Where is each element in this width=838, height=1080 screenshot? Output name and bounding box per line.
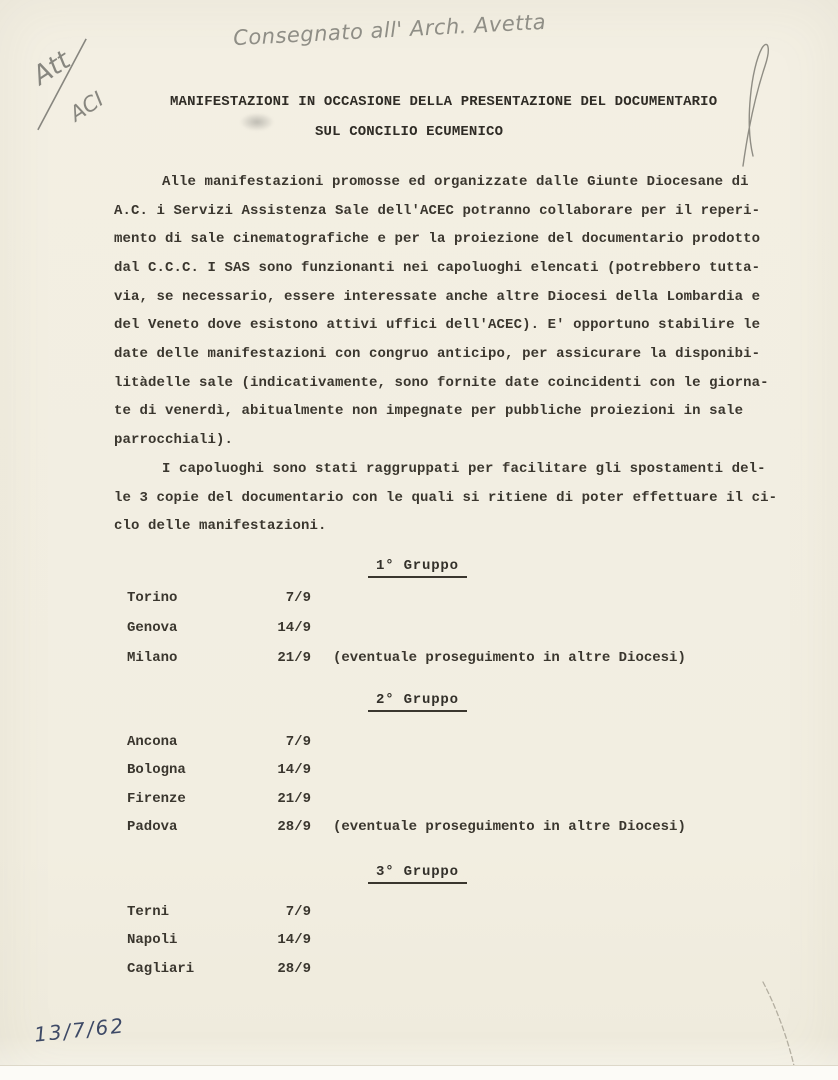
schedule-row: Genova14/9 <box>127 613 686 643</box>
date-value: 7/9 <box>277 898 311 926</box>
city-name: Terni <box>127 898 277 926</box>
schedule-row: Bologna14/9 <box>127 756 686 784</box>
paragraph-line: dal C.C.C. I SAS sono funzionanti nei ca… <box>114 254 794 283</box>
city-name: Bologna <box>127 756 277 784</box>
city-name: Torino <box>127 583 277 613</box>
paragraph-line: I capoluoghi sono stati raggruppati per … <box>114 455 794 484</box>
city-name: Napoli <box>127 926 277 954</box>
group-2-heading: 2° Gruppo <box>368 692 467 712</box>
date-value: 7/9 <box>277 583 311 613</box>
top-left-pencil-annotation: Att ACI <box>14 24 144 139</box>
paragraph-line: A.C. i Servizi Assistenza Sale dell'ACEC… <box>114 197 794 226</box>
schedule-row: Terni7/9 <box>127 898 333 926</box>
date-value: 21/9 <box>277 643 311 673</box>
schedule-row: Torino7/9 <box>127 583 686 613</box>
date-value: 21/9 <box>277 785 311 813</box>
annotation-att-text: Att <box>26 45 77 92</box>
group-3-heading: 3° Gruppo <box>368 864 467 884</box>
paragraph-line: via, se necessario, essere interessate a… <box>114 283 794 312</box>
schedule-row: Milano21/9(eventuale proseguimento in al… <box>127 643 686 673</box>
date-value: 7/9 <box>277 728 311 756</box>
group-1-heading: 1° Gruppo <box>368 558 467 578</box>
schedule-row: Ancona7/9 <box>127 728 686 756</box>
paragraph-line: date delle manifestazioni con congruo an… <box>114 340 794 369</box>
bottom-right-pencil-line <box>745 980 815 1075</box>
schedule-row: Napoli14/9 <box>127 926 333 954</box>
scanned-document-page: Att ACI Consegnato all' Arch. Avetta MAN… <box>0 0 838 1080</box>
city-name: Genova <box>127 613 277 643</box>
document-title-line1: MANIFESTAZIONI IN OCCASIONE DELLA PRESEN… <box>170 94 717 110</box>
group-2-schedule: Ancona7/9 Bologna14/9 Firenze21/9 Padova… <box>127 728 686 842</box>
top-right-pencil-squiggle <box>735 38 795 168</box>
date-value: 28/9 <box>277 813 311 841</box>
paragraph-line: parrocchiali). <box>114 426 794 455</box>
body-paragraph-2: I capoluoghi sono stati raggruppati per … <box>114 455 794 541</box>
paragraph-line: del Veneto dove esistono attivi uffici d… <box>114 311 794 340</box>
note-text: (eventuale proseguimento in altre Dioces… <box>333 650 686 666</box>
date-value: 28/9 <box>277 955 311 983</box>
body-paragraph-1: Alle manifestazioni promosse ed organizz… <box>114 168 794 455</box>
annotation-aci-text: ACI <box>64 87 108 127</box>
top-center-handwritten-note: Consegnato all' Arch. Avetta <box>233 10 547 50</box>
document-title-line2: SUL CONCILIO ECUMENICO <box>315 124 503 140</box>
city-name: Firenze <box>127 785 277 813</box>
bottom-left-handwritten-date: 13/7/62 <box>33 1013 126 1046</box>
date-value: 14/9 <box>277 756 311 784</box>
schedule-row: Padova28/9(eventuale proseguimento in al… <box>127 813 686 841</box>
paragraph-line: le 3 copie del documentario con le quali… <box>114 484 794 513</box>
paragraph-line: te di venerdì, abitualmente non impegnat… <box>114 397 794 426</box>
group-3-schedule: Terni7/9 Napoli14/9 Cagliari28/9 <box>127 898 333 983</box>
note-text: (eventuale proseguimento in altre Dioces… <box>333 819 686 835</box>
date-value: 14/9 <box>277 613 311 643</box>
schedule-row: Cagliari28/9 <box>127 955 333 983</box>
schedule-row: Firenze21/9 <box>127 785 686 813</box>
city-name: Padova <box>127 813 277 841</box>
city-name: Milano <box>127 643 277 673</box>
group-1-schedule: Torino7/9 Genova14/9 Milano21/9(eventual… <box>127 583 686 673</box>
ink-smudge <box>240 113 274 131</box>
paragraph-line: mento di sale cinematografiche e per la … <box>114 225 794 254</box>
city-name: Ancona <box>127 728 277 756</box>
paragraph-line: litàdelle sale (indicativamente, sono fo… <box>114 369 794 398</box>
city-name: Cagliari <box>127 955 277 983</box>
paragraph-line: Alle manifestazioni promosse ed organizz… <box>114 168 794 197</box>
date-value: 14/9 <box>277 926 311 954</box>
paper-bottom-edge <box>0 1065 838 1080</box>
paragraph-line: clo delle manifestazioni. <box>114 512 794 541</box>
